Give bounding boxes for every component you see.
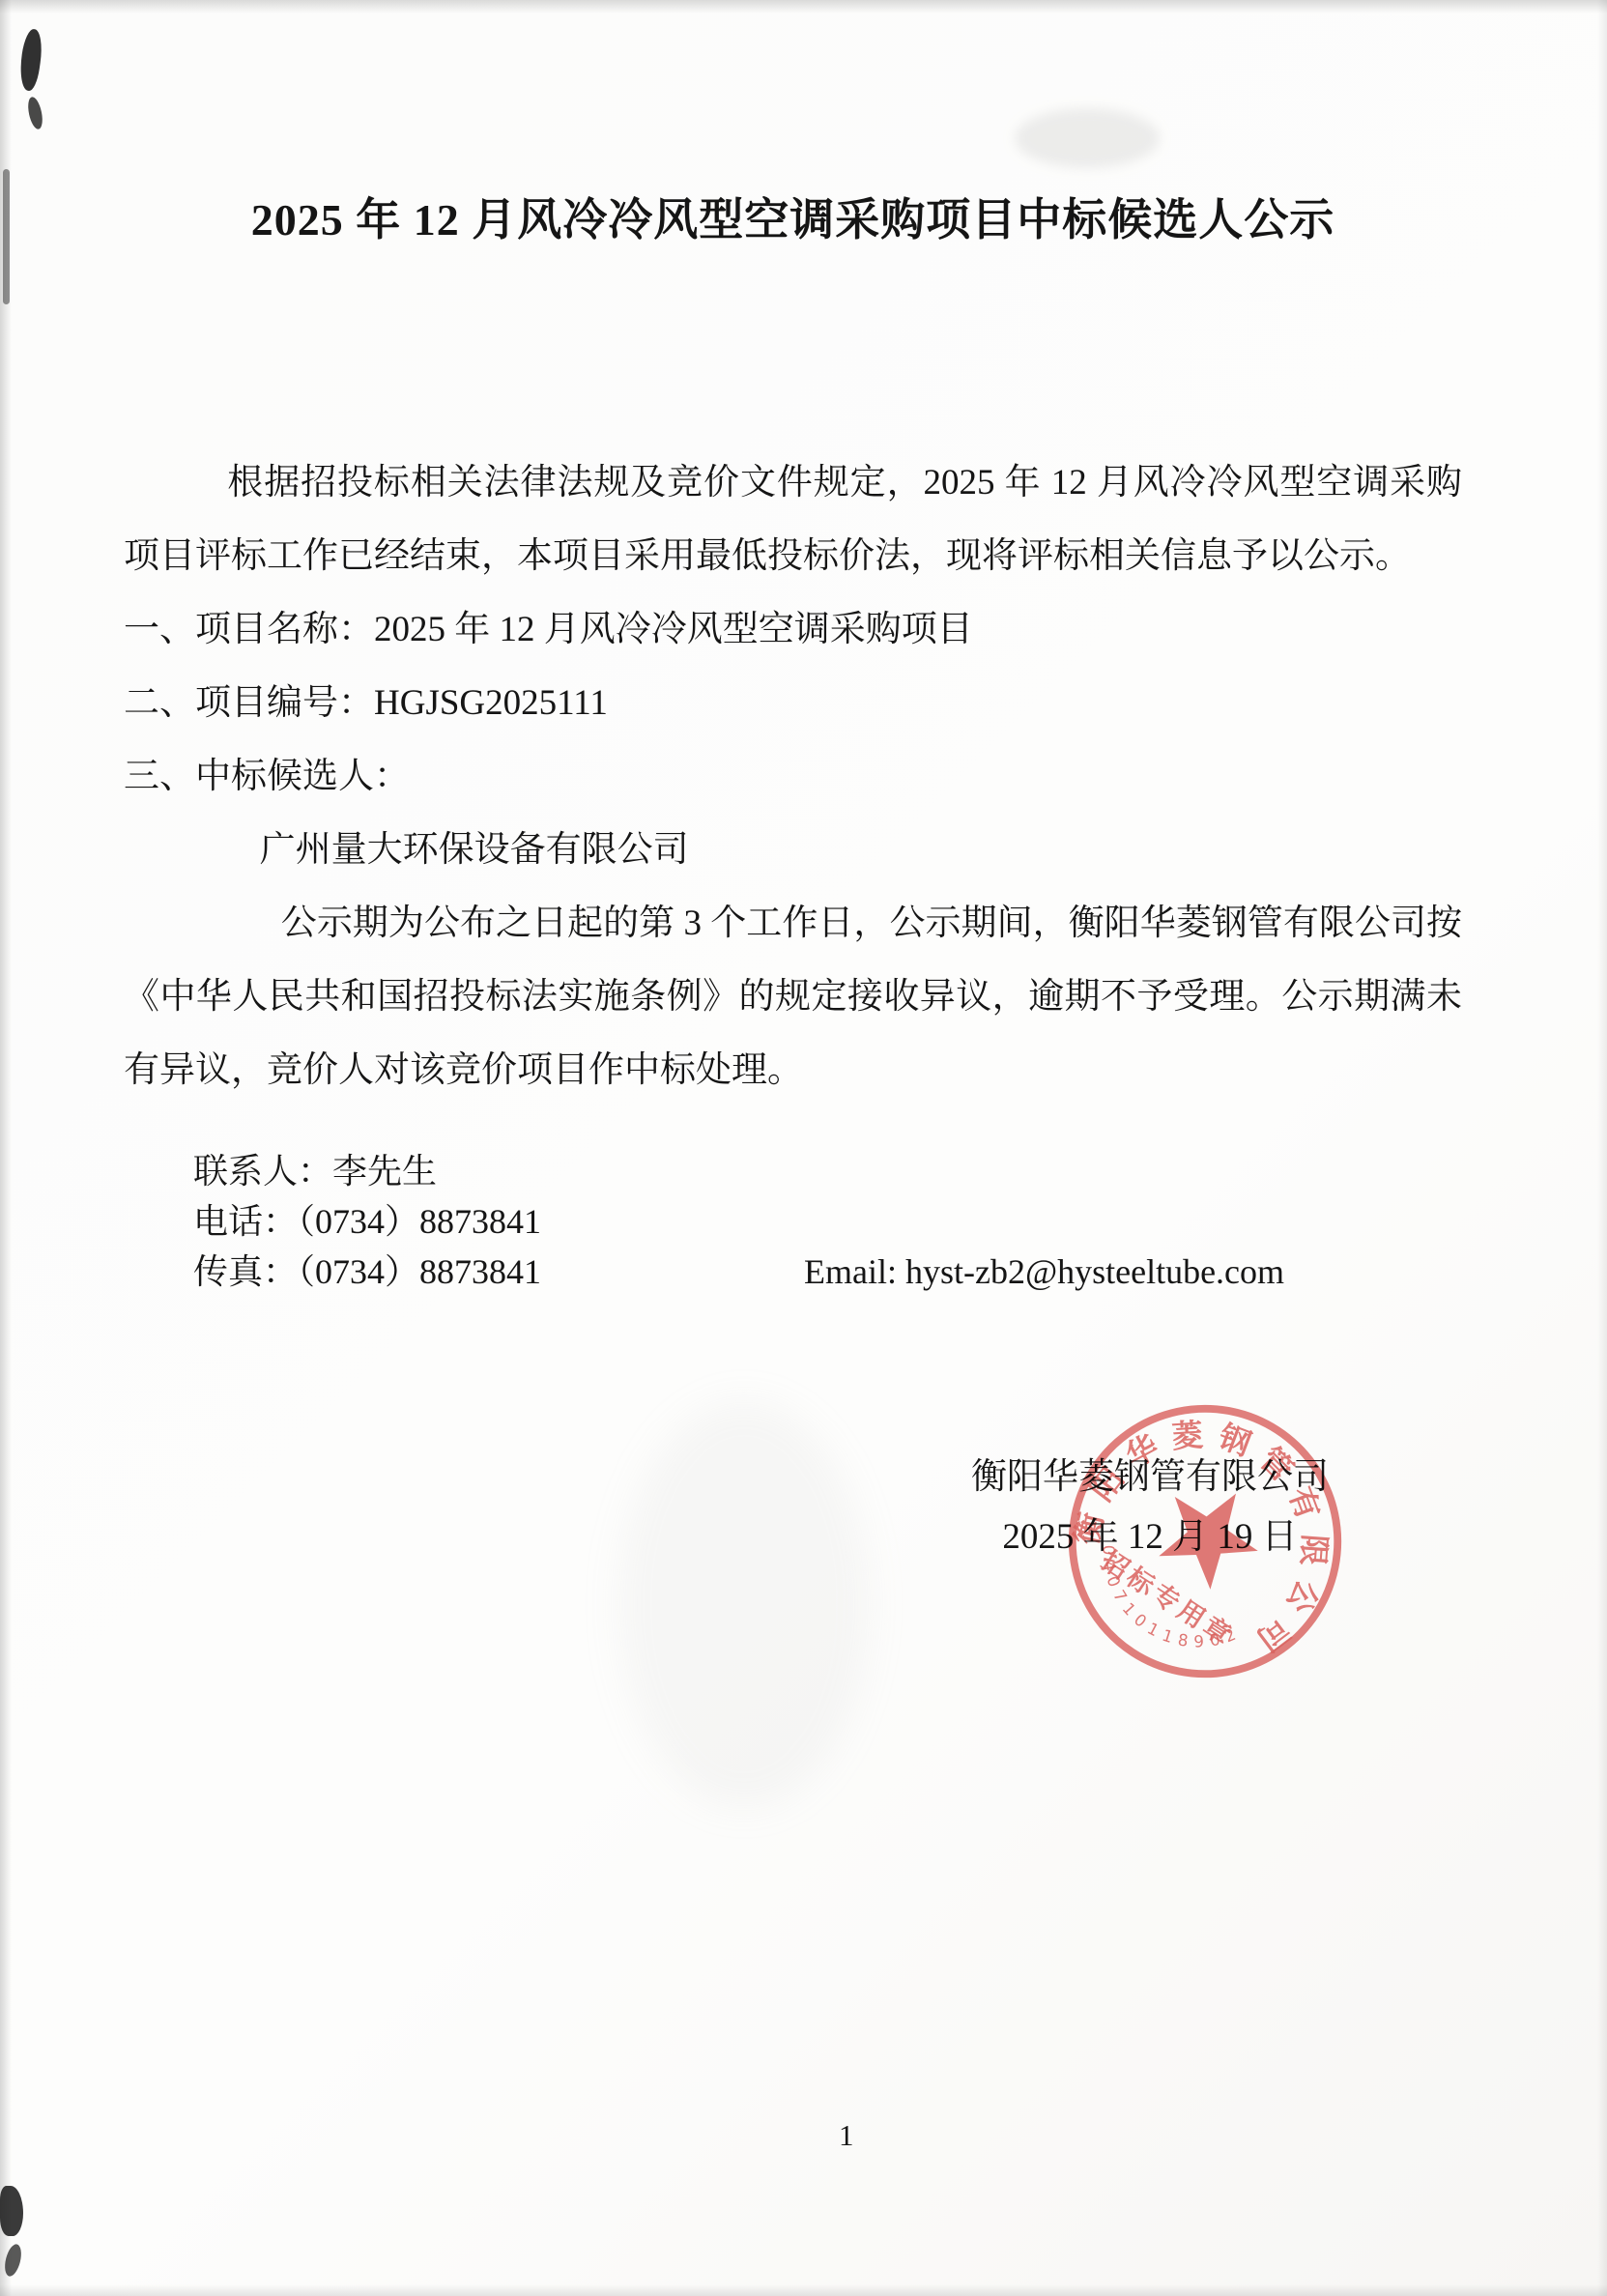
contact-person: 联系人：李先生	[193, 1146, 1462, 1196]
item-candidates-heading: 三、中标候选人：	[124, 740, 1462, 814]
scan-edge-shadow-right	[1597, 0, 1607, 2296]
notice-paragraph: 公示期为公布之日起的第 3 个工作日，公示期间，衡阳华菱钢管有限公司按《中华人民…	[124, 887, 1462, 1107]
page-number: 1	[839, 2118, 854, 2153]
scan-artifact-left-edge	[3, 169, 10, 304]
winning-candidate-name: 广州量大环保设备有限公司	[124, 814, 1462, 887]
scan-ghost-mark-middle	[618, 1401, 870, 1807]
scan-artifact-bottom-left	[0, 2186, 23, 2236]
document-content: 2025 年 12 月风冷冷风型空调采购项目中标候选人公示 根据招投标相关法律法…	[124, 0, 1462, 1297]
company-seal-stamp: 衡阳华菱钢管有限公司 040710118902 招标专用章	[1009, 1345, 1402, 1738]
scan-edge-shadow-bottom	[0, 2284, 1607, 2296]
document-body: 根据招投标相关法律法规及竞价文件规定，2025 年 12 月风冷冷风型空调采购项…	[124, 446, 1462, 1107]
scan-artifact-top-left-small	[26, 96, 45, 130]
contact-phone: 电话：（0734）8873841	[193, 1196, 1462, 1247]
contact-fax-row: 传真：（0734）8873841 Email: hyst-zb2@hysteel…	[193, 1247, 1462, 1297]
seal-graphic: 衡阳华菱钢管有限公司 040710118902 招标专用章	[1009, 1345, 1402, 1738]
scanned-document-page: 2025 年 12 月风冷冷风型空调采购项目中标候选人公示 根据招投标相关法律法…	[0, 0, 1607, 2296]
document-title: 2025 年 12 月风冷冷风型空调采购项目中标候选人公示	[124, 189, 1462, 251]
contact-block: 联系人：李先生 电话：（0734）8873841 传真：（0734）887384…	[124, 1146, 1462, 1297]
intro-paragraph: 根据招投标相关法律法规及竞价文件规定，2025 年 12 月风冷冷风型空调采购项…	[124, 446, 1462, 593]
scan-artifact-top-left	[17, 28, 45, 92]
item-project-number: 二、项目编号：HGJSG2025111	[124, 667, 1462, 740]
scan-edge-shadow-left	[0, 0, 12, 2296]
item-project-name: 一、项目名称：2025 年 12 月风冷冷风型空调采购项目	[124, 593, 1462, 667]
contact-fax: 传真：（0734）8873841	[193, 1252, 541, 1291]
contact-email: Email: hyst-zb2@hysteeltube.com	[804, 1247, 1284, 1297]
